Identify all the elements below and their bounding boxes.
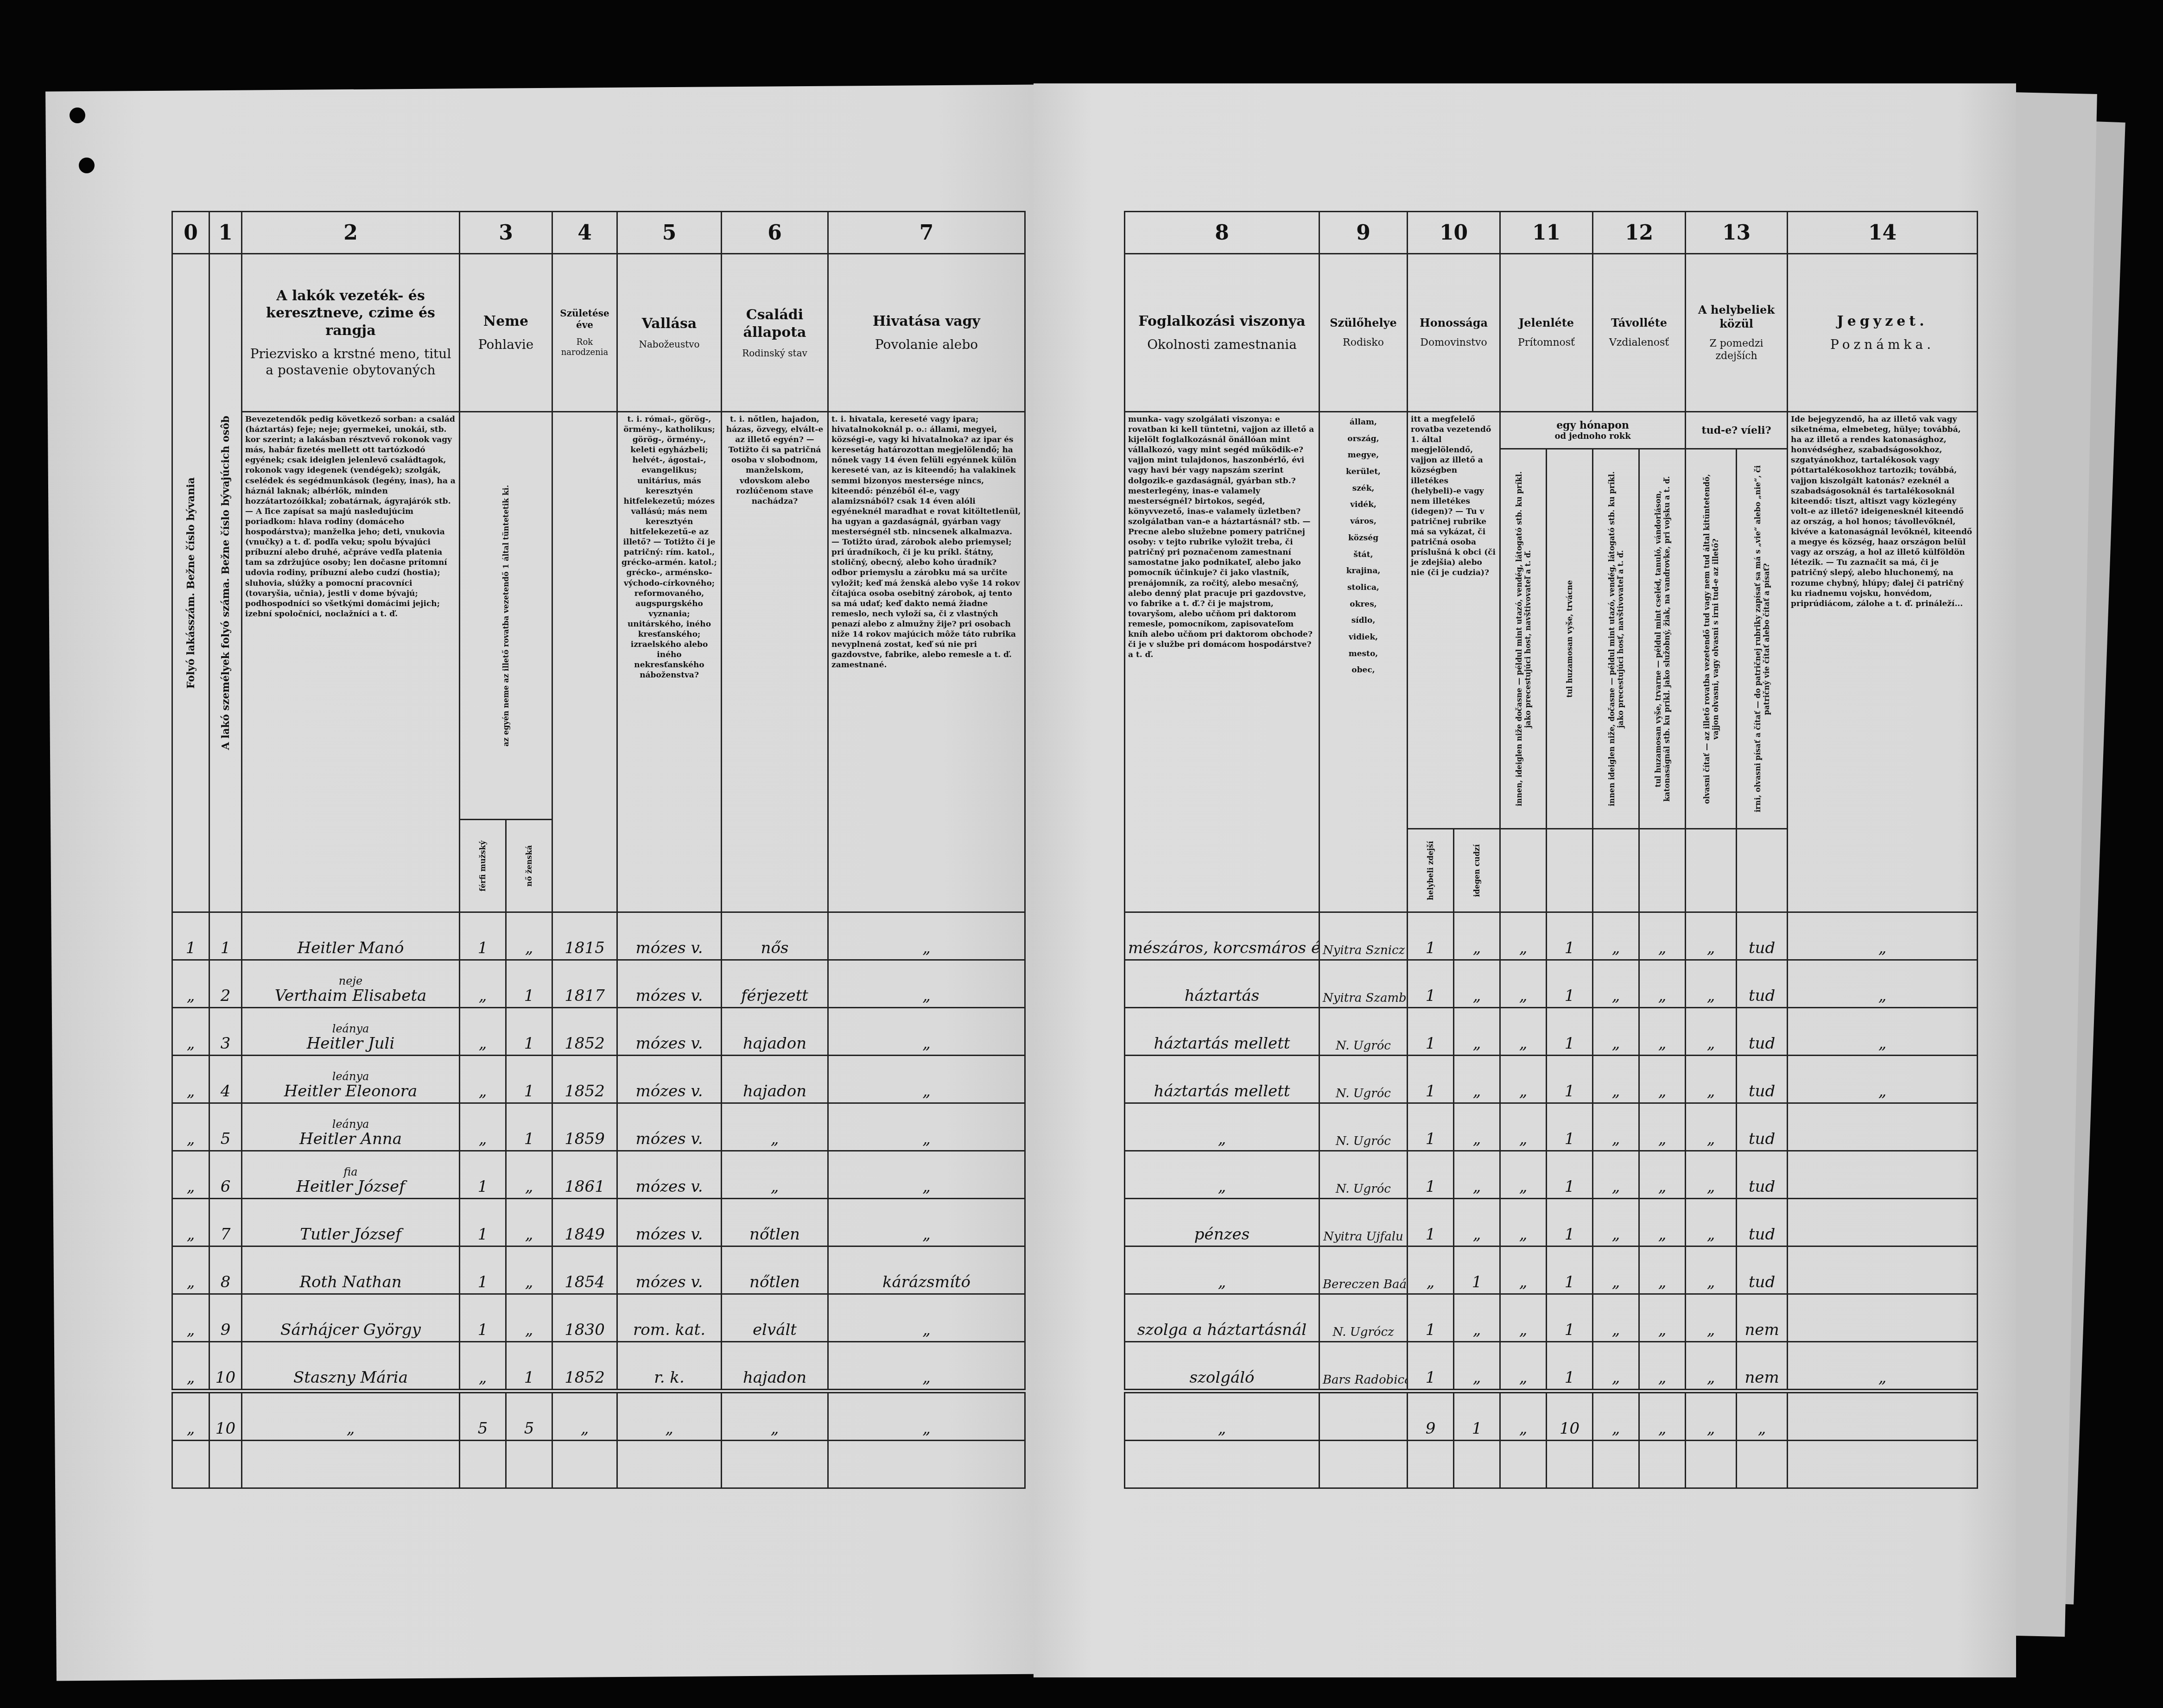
foreign: „ bbox=[1454, 1151, 1500, 1199]
dwelling-number: „ bbox=[172, 1294, 209, 1342]
instructions-col-9: állam,ország,megye,kerület,szék,vidék,vá… bbox=[1319, 412, 1408, 912]
total-male: 5 bbox=[460, 1391, 506, 1441]
note: „ bbox=[1788, 912, 1978, 960]
col-header-9: SzülőhelyeRodisko bbox=[1319, 254, 1408, 412]
total-marital: „ bbox=[722, 1391, 828, 1441]
read: „ bbox=[1686, 1342, 1737, 1392]
local: 1 bbox=[1408, 1199, 1454, 1246]
table-row: háztartás Nyitra Szambokréth 1 „ „ 1 „ „… bbox=[1125, 960, 1978, 1008]
foreign: 1 bbox=[1454, 1246, 1500, 1294]
col-title-sk: Povolanie alebo bbox=[831, 336, 1021, 353]
absent-temp: „ bbox=[1593, 1246, 1639, 1294]
absent-temp: „ bbox=[1593, 960, 1639, 1008]
marital-status: „ bbox=[722, 1103, 828, 1151]
relation-note: leánya bbox=[245, 1119, 456, 1130]
person-number: 2 bbox=[209, 960, 242, 1008]
col-header-0: Folyó lakásszám. Bežne číslo bývania bbox=[172, 254, 209, 912]
table-row: „ 4 leányaHeitler Eleonora „ 1 1852 móze… bbox=[172, 1056, 1025, 1103]
occupation-relation: szolga a háztartásnál bbox=[1125, 1294, 1319, 1342]
months-header: egy hónaponod jednoho rokk bbox=[1500, 412, 1686, 449]
dwelling-number: „ bbox=[172, 1199, 209, 1246]
occupation: „ bbox=[828, 960, 1025, 1008]
col-header-2: A lakók vezeték- és keresztneve, czime é… bbox=[242, 254, 460, 412]
absent-long: „ bbox=[1639, 1103, 1686, 1151]
person-name: Staszny Mária bbox=[242, 1342, 460, 1392]
sub-male: férfi mužský bbox=[460, 820, 506, 912]
total-absent-long: „ bbox=[1639, 1391, 1686, 1441]
birth-year: 1830 bbox=[552, 1294, 617, 1342]
read-write: tud bbox=[1737, 1199, 1788, 1246]
marital-status: elvált bbox=[722, 1294, 828, 1342]
sex-female: „ bbox=[506, 912, 552, 960]
note bbox=[1788, 1151, 1978, 1199]
foreign: „ bbox=[1454, 1056, 1500, 1103]
col-header-5: VallásaNabožeustvo bbox=[617, 254, 722, 412]
instructions-col-10: itt a megfelelő rovatba vezetendő 1. ált… bbox=[1408, 412, 1500, 829]
person-name: Heitler Manó bbox=[242, 912, 460, 960]
sex-female: 1 bbox=[506, 1056, 552, 1103]
absent-long: „ bbox=[1639, 1199, 1686, 1246]
instructions-col-6: t. i. nőtlen, hajadon, házas, özvegy, el… bbox=[722, 412, 828, 912]
instr-col3-hu: az egyén neme az illető rovatba vezetend… bbox=[501, 454, 510, 778]
literacy-header: tud-e? víeli? bbox=[1686, 412, 1788, 449]
sex-female: „ bbox=[506, 1199, 552, 1246]
dwelling-number: „ bbox=[172, 1056, 209, 1103]
total-year: „ bbox=[552, 1391, 617, 1441]
col-header-1: A lakó személyek folyó száma. Bežne čísl… bbox=[209, 254, 242, 912]
present-temp: „ bbox=[1500, 960, 1547, 1008]
present-temp: „ bbox=[1500, 1151, 1547, 1199]
read: „ bbox=[1686, 912, 1737, 960]
total-birthplace bbox=[1319, 1391, 1408, 1441]
birthplace: N. Ugróc bbox=[1319, 1151, 1408, 1199]
col-num-11: 11 bbox=[1500, 212, 1593, 254]
read: „ bbox=[1686, 1056, 1737, 1103]
note: „ bbox=[1788, 1342, 1978, 1392]
relation-note: fia bbox=[245, 1166, 456, 1177]
instructions-col-4 bbox=[552, 412, 617, 912]
local: „ bbox=[1408, 1246, 1454, 1294]
read: „ bbox=[1686, 1151, 1737, 1199]
present-temp: „ bbox=[1500, 1103, 1547, 1151]
read: „ bbox=[1686, 1294, 1737, 1342]
table-row: „ 5 leányaHeitler Anna „ 1 1859 mózes v.… bbox=[172, 1103, 1025, 1151]
col-title-sk: Rok narodzenia bbox=[556, 337, 614, 358]
note: „ bbox=[1788, 1056, 1978, 1103]
sex-female: 1 bbox=[506, 1103, 552, 1151]
present-long: 1 bbox=[1547, 1008, 1593, 1056]
note bbox=[1788, 1294, 1978, 1342]
religion: mózes v. bbox=[617, 1199, 722, 1246]
col-num-13: 13 bbox=[1686, 212, 1788, 254]
sex-female: 1 bbox=[506, 1342, 552, 1392]
col-title-hu: Foglalkozási viszonya bbox=[1138, 313, 1305, 329]
col-title-hu: A lakó személyek folyó száma. bbox=[220, 578, 232, 750]
religion: mózes v. bbox=[617, 1103, 722, 1151]
present-long: 1 bbox=[1547, 960, 1593, 1008]
absent-temp: „ bbox=[1593, 1103, 1639, 1151]
col-title-hu: A lakók vezeték- és keresztneve, czime é… bbox=[266, 288, 435, 339]
col-title-hu: Folyó lakásszám. bbox=[185, 593, 197, 689]
birth-year: 1849 bbox=[552, 1199, 617, 1246]
birthplace: N. Ugróc bbox=[1319, 1008, 1408, 1056]
person-number: 10 bbox=[209, 1342, 242, 1392]
birth-year: 1854 bbox=[552, 1246, 617, 1294]
col-num-6: 6 bbox=[722, 212, 828, 254]
col-title-sk: Rodinský stav bbox=[725, 348, 825, 359]
person-number: 7 bbox=[209, 1199, 242, 1246]
present-long: 1 bbox=[1547, 1199, 1593, 1246]
absent-temp: „ bbox=[1593, 912, 1639, 960]
occupation-relation: mészáros, korcsmáros és boltos bbox=[1125, 912, 1319, 960]
read: „ bbox=[1686, 1199, 1737, 1246]
dwelling-number: „ bbox=[172, 1246, 209, 1294]
foreign: „ bbox=[1454, 960, 1500, 1008]
sex-male: 1 bbox=[460, 1199, 506, 1246]
absent-long: „ bbox=[1639, 1008, 1686, 1056]
religion: mózes v. bbox=[617, 960, 722, 1008]
birth-year: 1817 bbox=[552, 960, 617, 1008]
absent-long: „ bbox=[1639, 912, 1686, 960]
absent-long: „ bbox=[1639, 960, 1686, 1008]
present-temp: „ bbox=[1500, 1294, 1547, 1342]
occupation-relation: háztartás mellett bbox=[1125, 1056, 1319, 1103]
person-name: fiaHeitler József bbox=[242, 1151, 460, 1199]
col-num-4: 4 bbox=[552, 212, 617, 254]
col-header-3: NemePohlavie bbox=[460, 254, 552, 412]
person-number: 6 bbox=[209, 1151, 242, 1199]
table-row: háztartás mellett N. Ugróc 1 „ „ 1 „ „ „… bbox=[1125, 1056, 1978, 1103]
present-temp: „ bbox=[1500, 1199, 1547, 1246]
col-title-sk: Nabožeustvo bbox=[621, 339, 718, 350]
person-number: 9 bbox=[209, 1294, 242, 1342]
sex-male: 1 bbox=[460, 912, 506, 960]
religion: mózes v. bbox=[617, 912, 722, 960]
col-title-sk: Bežne číslo bývania bbox=[185, 477, 197, 589]
total-foreign: 1 bbox=[1454, 1391, 1500, 1441]
read-write: nem bbox=[1737, 1342, 1788, 1392]
read: „ bbox=[1686, 1103, 1737, 1151]
table-row: „ 3 leányaHeitler Juli „ 1 1852 mózes v.… bbox=[172, 1008, 1025, 1056]
birthplace: N. Ugrócz bbox=[1319, 1294, 1408, 1342]
sex-male: „ bbox=[460, 1342, 506, 1392]
sub-local: helybeli zdejší bbox=[1408, 829, 1454, 912]
occupation-relation: „ bbox=[1125, 1151, 1319, 1199]
total-read-write: „ bbox=[1737, 1391, 1788, 1441]
sub-present-long: tul huzamosan vyše, trvácne bbox=[1547, 449, 1593, 829]
local: 1 bbox=[1408, 1151, 1454, 1199]
read: „ bbox=[1686, 960, 1737, 1008]
person-name: Tutler József bbox=[242, 1199, 460, 1246]
religion: mózes v. bbox=[617, 1008, 722, 1056]
col-title-hu: Szülőhelye bbox=[1330, 316, 1397, 329]
person-name: leányaHeitler Juli bbox=[242, 1008, 460, 1056]
present-long: 1 bbox=[1547, 912, 1593, 960]
foreign: „ bbox=[1454, 1294, 1500, 1342]
col-num-7: 7 bbox=[828, 212, 1025, 254]
col-num-9: 9 bbox=[1319, 212, 1408, 254]
present-long: 1 bbox=[1547, 1294, 1593, 1342]
col-num-12: 12 bbox=[1593, 212, 1686, 254]
person-name: Sárhájcer György bbox=[242, 1294, 460, 1342]
present-temp: „ bbox=[1500, 1246, 1547, 1294]
col-title-hu: Születése éve bbox=[560, 308, 609, 330]
table-row: „ 6 fiaHeitler József 1 „ 1861 mózes v. … bbox=[172, 1151, 1025, 1199]
absent-temp: „ bbox=[1593, 1151, 1639, 1199]
total-religion: „ bbox=[617, 1391, 722, 1441]
dwelling-number: 1 bbox=[172, 912, 209, 960]
occupation-relation: „ bbox=[1125, 1246, 1319, 1294]
instructions-col-7: t. i. hivatala, kereseté vagy ipara; hiv… bbox=[828, 412, 1025, 912]
instructions-col-2: Bevezetendők pedig következő sorban: a c… bbox=[242, 412, 460, 912]
birthplace: Nyitra Sznicz bbox=[1319, 912, 1408, 960]
present-long: 1 bbox=[1547, 1246, 1593, 1294]
census-table-left: 0 1 2 3 4 5 6 7 Folyó lakásszám. Bežne č… bbox=[171, 211, 1026, 1489]
col-num-2: 2 bbox=[242, 212, 460, 254]
religion: mózes v. bbox=[617, 1151, 722, 1199]
dwelling-number: „ bbox=[172, 1103, 209, 1151]
sub-read-write: irni, olvasni písať a čítať — do patričn… bbox=[1737, 449, 1788, 829]
marital-status: hajadon bbox=[722, 1008, 828, 1056]
relation-note: neje bbox=[245, 975, 456, 987]
occupation-relation: háztartás mellett bbox=[1125, 1008, 1319, 1056]
total-occupation-relation: „ bbox=[1125, 1391, 1319, 1441]
local: 1 bbox=[1408, 1103, 1454, 1151]
birth-year: 1859 bbox=[552, 1103, 617, 1151]
marital-status: nőtlen bbox=[722, 1199, 828, 1246]
note bbox=[1788, 1246, 1978, 1294]
local: 1 bbox=[1408, 912, 1454, 960]
table-row: „ 2 nejeVerthaim Elisabeta „ 1 1817 móze… bbox=[172, 960, 1025, 1008]
total-female: 5 bbox=[506, 1391, 552, 1441]
present-long: 1 bbox=[1547, 1342, 1593, 1392]
table-row: szolga a háztartásnál N. Ugrócz 1 „ „ 1 … bbox=[1125, 1294, 1978, 1342]
col-title-sk: Domovinstvo bbox=[1411, 336, 1497, 349]
occupation: „ bbox=[828, 1294, 1025, 1342]
total-present-temp: „ bbox=[1500, 1391, 1547, 1441]
local: 1 bbox=[1408, 960, 1454, 1008]
total-note bbox=[1788, 1391, 1978, 1441]
col-title-sk: Bežne číslo bývajúcich osôb bbox=[220, 416, 232, 575]
local: 1 bbox=[1408, 1294, 1454, 1342]
person-name: leányaHeitler Eleonora bbox=[242, 1056, 460, 1103]
instructions-col-14: Ide bejegyzendő, ha az illető vak vagy s… bbox=[1788, 412, 1978, 912]
col-title-sk: Okolnosti zamestnania bbox=[1128, 336, 1316, 353]
occupation-relation: háztartás bbox=[1125, 960, 1319, 1008]
dwelling-number: „ bbox=[172, 960, 209, 1008]
person-number: 3 bbox=[209, 1008, 242, 1056]
col-num-3: 3 bbox=[460, 212, 552, 254]
col-title-sk: Prítomnosť bbox=[1503, 336, 1589, 349]
col-title-hu: Hivatása vagy bbox=[873, 313, 980, 329]
marital-status: „ bbox=[722, 1151, 828, 1199]
note: „ bbox=[1788, 960, 1978, 1008]
col-title-hu: Jegyzet. bbox=[1837, 313, 1928, 329]
col-header-10: HonosságaDomovinstvo bbox=[1408, 254, 1500, 412]
marital-status: nős bbox=[722, 912, 828, 960]
person-name: Roth Nathan bbox=[242, 1246, 460, 1294]
sex-male: „ bbox=[460, 1008, 506, 1056]
absent-long: „ bbox=[1639, 1246, 1686, 1294]
sex-male: 1 bbox=[460, 1294, 506, 1342]
read: „ bbox=[1686, 1008, 1737, 1056]
absent-temp: „ bbox=[1593, 1342, 1639, 1392]
occupation: „ bbox=[828, 1199, 1025, 1246]
total-name: „ bbox=[242, 1391, 460, 1441]
present-long: 1 bbox=[1547, 1151, 1593, 1199]
col-num-10: 10 bbox=[1408, 212, 1500, 254]
absent-long: „ bbox=[1639, 1342, 1686, 1392]
table-row: 1 1 Heitler Manó 1 „ 1815 mózes v. nős „ bbox=[172, 912, 1025, 960]
total-dwelling: „ bbox=[172, 1391, 209, 1441]
present-long: 1 bbox=[1547, 1103, 1593, 1151]
empty-row bbox=[1125, 1441, 1978, 1488]
marital-status: hajadon bbox=[722, 1342, 828, 1392]
table-row: „ 9 Sárhájcer György 1 „ 1830 rom. kat. … bbox=[172, 1294, 1025, 1342]
marital-status: nőtlen bbox=[722, 1246, 828, 1294]
person-name: leányaHeitler Anna bbox=[242, 1103, 460, 1151]
col-title-hu: Jelenléte bbox=[1519, 316, 1574, 329]
col-title-hu: Távolléte bbox=[1611, 316, 1667, 329]
birthplace: Nyitra Ujfalu bbox=[1319, 1199, 1408, 1246]
instructions-col-3: az egyén neme az illető rovatba vezetend… bbox=[460, 412, 552, 820]
total-row: „ 10 „ 5 5 „ „ „ „ bbox=[172, 1391, 1025, 1441]
absent-long: „ bbox=[1639, 1056, 1686, 1103]
sex-male: 1 bbox=[460, 1151, 506, 1199]
birthplace: Nyitra Szambokréth bbox=[1319, 960, 1408, 1008]
read-write: tud bbox=[1737, 912, 1788, 960]
col-header-7: Hivatása vagyPovolanie alebo bbox=[828, 254, 1025, 412]
census-table-right: 8 9 10 11 12 13 14 Foglalkozási viszonya… bbox=[1124, 211, 1978, 1489]
person-number: 5 bbox=[209, 1103, 242, 1151]
birth-year: 1861 bbox=[552, 1151, 617, 1199]
table-row: „ N. Ugróc 1 „ „ 1 „ „ „ tud bbox=[1125, 1151, 1978, 1199]
sex-male: „ bbox=[460, 1056, 506, 1103]
birth-year: 1815 bbox=[552, 912, 617, 960]
col-num-14: 14 bbox=[1788, 212, 1978, 254]
col-title-hu: Vallása bbox=[642, 316, 697, 332]
person-name: nejeVerthaim Elisabeta bbox=[242, 960, 460, 1008]
col-header-8: Foglalkozási viszonyaOkolnosti zamestnan… bbox=[1125, 254, 1319, 412]
dwelling-number: „ bbox=[172, 1342, 209, 1392]
col-header-4: Születése éveRok narodzenia bbox=[552, 254, 617, 412]
sub-female: nő ženská bbox=[506, 820, 552, 912]
occupation: kárázsmító bbox=[828, 1246, 1025, 1294]
instructions-col-8: munka- vagy szolgálati viszonya: e rovat… bbox=[1125, 412, 1319, 912]
total-occupation: „ bbox=[828, 1391, 1025, 1441]
present-temp: „ bbox=[1500, 912, 1547, 960]
read-write: tud bbox=[1737, 1246, 1788, 1294]
sex-male: 1 bbox=[460, 1246, 506, 1294]
col-header-13: A helybeliek közülZ pomedzi zdejších bbox=[1686, 254, 1788, 412]
read-write: tud bbox=[1737, 1103, 1788, 1151]
occupation: „ bbox=[828, 1342, 1025, 1392]
sex-female: 1 bbox=[506, 960, 552, 1008]
local: 1 bbox=[1408, 1056, 1454, 1103]
col-num-1: 1 bbox=[209, 212, 242, 254]
present-long: 1 bbox=[1547, 1056, 1593, 1103]
col-header-11: JelenlétePrítomnosť bbox=[1500, 254, 1593, 412]
table-row: „ 7 Tutler József 1 „ 1849 mózes v. nőtl… bbox=[172, 1199, 1025, 1246]
birth-year: 1852 bbox=[552, 1342, 617, 1392]
sex-female: „ bbox=[506, 1151, 552, 1199]
col-num-5: 5 bbox=[617, 212, 722, 254]
absent-temp: „ bbox=[1593, 1008, 1639, 1056]
sex-female: 1 bbox=[506, 1008, 552, 1056]
col-title-sk: Z pomedzi zdejších bbox=[1689, 337, 1784, 363]
total-present-long: 10 bbox=[1547, 1391, 1593, 1441]
absent-long: „ bbox=[1639, 1151, 1686, 1199]
col-header-6: Családi állapotaRodinský stav bbox=[722, 254, 828, 412]
foreign: „ bbox=[1454, 1103, 1500, 1151]
birthplace: Bars Radobica bbox=[1319, 1342, 1408, 1392]
birthplace: N. Ugróc bbox=[1319, 1103, 1408, 1151]
religion: r. k. bbox=[617, 1342, 722, 1392]
sex-female: „ bbox=[506, 1246, 552, 1294]
religion: mózes v. bbox=[617, 1056, 722, 1103]
birthplace: N. Ugróc bbox=[1319, 1056, 1408, 1103]
local: 1 bbox=[1408, 1342, 1454, 1392]
total-absent-temp: „ bbox=[1593, 1391, 1639, 1441]
note bbox=[1788, 1103, 1978, 1151]
sex-female: „ bbox=[506, 1294, 552, 1342]
table-row: pénzes Nyitra Ujfalu 1 „ „ 1 „ „ „ tud bbox=[1125, 1199, 1978, 1246]
sub-absent-long: tul huzamosan vyše, trvarne — példul min… bbox=[1639, 449, 1686, 829]
col-title-sk: Poznámka. bbox=[1791, 336, 1974, 353]
religion: rom. kat. bbox=[617, 1294, 722, 1342]
table-row: „ 8 Roth Nathan 1 „ 1854 mózes v. nőtlen… bbox=[172, 1246, 1025, 1294]
col-title-hu: Honossága bbox=[1420, 316, 1488, 329]
total-local: 9 bbox=[1408, 1391, 1454, 1441]
table-row: „ 10 Staszny Mária „ 1 1852 r. k. hajado… bbox=[172, 1342, 1025, 1392]
absent-temp: „ bbox=[1593, 1294, 1639, 1342]
relation-note: leánya bbox=[245, 1023, 456, 1034]
read-write: tud bbox=[1737, 1151, 1788, 1199]
table-row: „ Bereczen Baán „ 1 „ 1 „ „ „ tud bbox=[1125, 1246, 1978, 1294]
foreign: „ bbox=[1454, 1008, 1500, 1056]
read: „ bbox=[1686, 1246, 1737, 1294]
col-header-12: TávolléteVzdialenosť bbox=[1593, 254, 1686, 412]
person-number: 4 bbox=[209, 1056, 242, 1103]
empty-row bbox=[172, 1441, 1025, 1488]
relation-note: leánya bbox=[245, 1071, 456, 1082]
foreign: „ bbox=[1454, 912, 1500, 960]
col-title-hu: A helybeliek közül bbox=[1698, 303, 1775, 330]
table-row: szolgáló Bars Radobica 1 „ „ 1 „ „ „ nem… bbox=[1125, 1342, 1978, 1392]
read-write: nem bbox=[1737, 1294, 1788, 1342]
table-row: mészáros, korcsmáros és boltos Nyitra Sz… bbox=[1125, 912, 1978, 960]
col-title-hu: Családi állapota bbox=[743, 307, 806, 341]
person-number: 1 bbox=[209, 912, 242, 960]
occupation: „ bbox=[828, 1056, 1025, 1103]
occupation: „ bbox=[828, 1151, 1025, 1199]
punch-hole bbox=[79, 158, 95, 173]
sex-male: „ bbox=[460, 1103, 506, 1151]
col-header-14: Jegyzet.Poznámka. bbox=[1788, 254, 1978, 412]
col-title-sk: Pohlavie bbox=[463, 336, 549, 353]
occupation-relation: szolgáló bbox=[1125, 1342, 1319, 1392]
birth-year: 1852 bbox=[552, 1008, 617, 1056]
present-temp: „ bbox=[1500, 1056, 1547, 1103]
col-num-0: 0 bbox=[172, 212, 209, 254]
total-row: „ 9 1 „ 10 „ „ „ „ bbox=[1125, 1391, 1978, 1441]
occupation-relation: pénzes bbox=[1125, 1199, 1319, 1246]
religion: mózes v. bbox=[617, 1246, 722, 1294]
absent-temp: „ bbox=[1593, 1056, 1639, 1103]
total-persons: 10 bbox=[209, 1391, 242, 1441]
sub-read: olvasni čítať — az illető rovatba vezete… bbox=[1686, 449, 1737, 829]
marital-status: férjezett bbox=[722, 960, 828, 1008]
